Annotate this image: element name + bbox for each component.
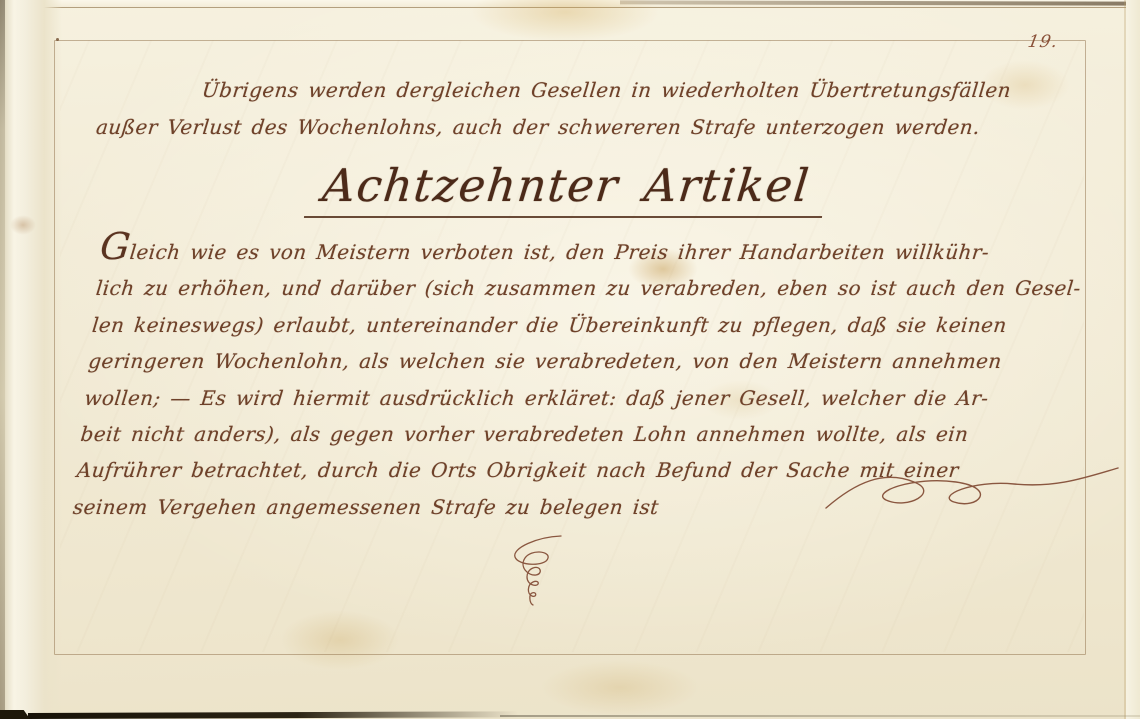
intro-line: Übrigens werden dergleichen Gesellen in …	[200, 72, 1097, 109]
book-cover-edge	[28, 711, 518, 719]
body-line: len keineswegs) erlaubt, untereinander d…	[90, 307, 1094, 343]
frame-corner-dot	[56, 38, 59, 41]
book-cover-edge-line	[500, 715, 1140, 717]
body-line: lich zu erhöhen, und darüber (sich zusam…	[94, 270, 1098, 306]
article-heading: Achtzehnter Artikel	[303, 160, 828, 218]
intro-paragraph: Übrigens werden dergleichen Gesellen in …	[94, 72, 1097, 146]
paper-stain	[540, 660, 700, 715]
spiral-flourish	[504, 533, 566, 627]
line-end-flourish	[822, 462, 1122, 517]
intro-line: außer Verlust des Wochenlohns, auch der …	[94, 109, 1093, 146]
page-number: 19.	[1026, 32, 1060, 52]
page-right-edge-line	[1124, 0, 1126, 719]
body-line: Gleich wie es von Meistern verboten ist,…	[98, 232, 1102, 270]
article-heading-wrap: Achtzehnter Artikel	[48, 160, 1084, 218]
body-line: geringeren Wochenlohn, als welchen sie v…	[86, 343, 1090, 379]
body-line: wollen; — Es wird hiermit ausdrücklich e…	[83, 380, 1087, 416]
body-line: beit nicht anders), als gegen vorher ver…	[79, 416, 1083, 452]
manuscript-page: 19. Übrigens werden dergleichen Gesellen…	[0, 0, 1140, 719]
page-right-edge	[1126, 0, 1140, 719]
book-binding	[0, 0, 62, 719]
binding-shadow	[0, 0, 5, 719]
